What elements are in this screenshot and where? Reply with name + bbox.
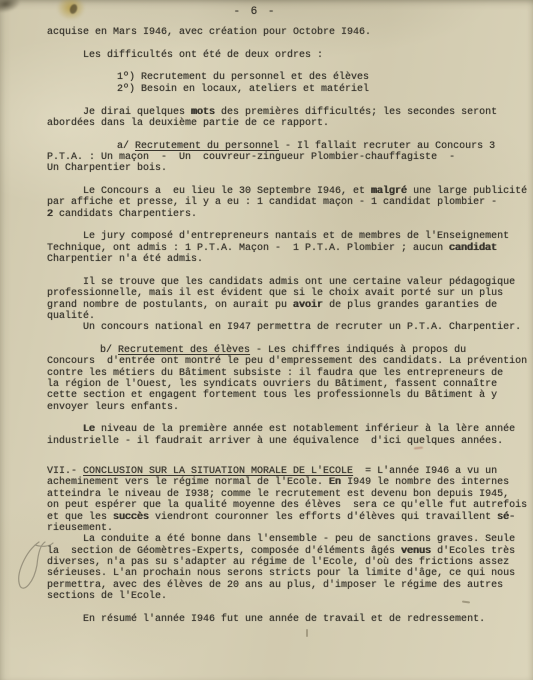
text-line: permettra, avec des élèves de 20 ans au … <box>47 580 529 591</box>
text-segment: candidat <box>449 243 497 254</box>
text-line: 2º) Besoin en locaux, ateliers et matéri… <box>47 84 529 95</box>
text-line: Le Concours a eu lieu le 30 Septembre I9… <box>47 186 529 197</box>
text-segment: la section de Géomètres-Experts, composé… <box>47 546 401 557</box>
text-segment: Le jury composé d'entrepreneurs nantais … <box>83 231 509 242</box>
text-segment: 1º) Recrutement du personnel et des élèv… <box>117 72 369 83</box>
text-segment: sections de l'Ecole. <box>47 591 167 602</box>
text-segment: d'Ecoles très <box>431 546 515 557</box>
text-segment: atteindra le niveau de I938; comme le re… <box>47 489 509 500</box>
text-segment: envoyer leurs enfants. <box>47 402 179 413</box>
text-line: Je dirai quelques mots des premières dif… <box>47 107 529 118</box>
text-segment: professionnelle, mais il est évident que… <box>47 288 503 299</box>
text-segment: b/ <box>100 345 118 356</box>
text-segment: venus <box>401 546 431 557</box>
underlined-text: Recrutement des élèves <box>118 345 250 356</box>
text-segment: on peut espérer que la qualité moyenne d… <box>47 500 527 511</box>
document-page: - 6 - acquise en Mars I946, avec créatio… <box>0 0 533 680</box>
text-segment: Concours d'entrée ont montré le peu d'em… <box>47 356 527 367</box>
text-segment: succès <box>113 512 149 523</box>
text-line: En résumé l'année I946 fut une année de … <box>47 614 529 625</box>
text-line: qualité. <box>47 311 529 322</box>
text-segment: et que les <box>47 512 113 523</box>
text-segment: diverses, n'a pas su s'adapter au régime… <box>47 557 509 568</box>
text-segment: Charpentier n'a été admis. <box>47 254 203 265</box>
underlined-text: CONCLUSION SUR LA SITUATION MORALE DE L'… <box>83 466 353 477</box>
text-line: Le niveau de la première année est notab… <box>47 424 529 435</box>
text-segment: I949 le nombre des internes <box>341 477 509 488</box>
text-segment: candidats Charpentiers. <box>53 209 197 220</box>
text-segment: Je dirai quelques <box>83 107 191 118</box>
text-segment: 2º) Besoin en locaux, ateliers et matéri… <box>117 84 369 95</box>
underlined-text: Recrutement du personnel <box>135 141 279 152</box>
text-segment: cette section et engagent fortement tous… <box>47 390 497 401</box>
document-body: acquise en Mars I946, avec création pour… <box>47 27 529 625</box>
text-line: par affiche et presse, il y a eu : 1 can… <box>47 197 529 208</box>
text-segment: abordées dans la deuxième partie de ce r… <box>47 118 329 129</box>
text-segment: sérieuses. L'an prochain nous serons str… <box>47 568 515 579</box>
text-line: Il se trouve que les candidats admis ont… <box>47 277 529 288</box>
text-segment: contre les métiers du Bâtiment subsiste … <box>47 368 503 379</box>
text-line: 2 candidats Charpentiers. <box>47 209 529 220</box>
text-line: VII.- CONCLUSION SUR LA SITUATION MORALE… <box>47 466 529 477</box>
text-line: P.T.A. : Un maçon - Un couvreur-zingueur… <box>47 152 529 163</box>
text-segment: Il se trouve que les candidats admis ont… <box>83 277 515 288</box>
text-segment: une large publicité <box>407 186 527 197</box>
text-segment: a/ <box>117 141 135 152</box>
page-number: - 6 - <box>0 6 510 18</box>
text-segment: de plus grandes garanties de <box>323 300 497 311</box>
text-segment: avoir <box>293 300 323 311</box>
text-segment: par affiche et presse, il y a eu : 1 can… <box>47 197 497 208</box>
text-line: Les difficultés ont été de deux ordres : <box>47 50 529 61</box>
text-segment: = L'année I946 a vu un <box>353 466 497 477</box>
text-line: Charpentier n'a été admis. <box>47 254 529 265</box>
text-line: sérieuses. L'an prochain nous serons str… <box>47 568 529 579</box>
text-line: sections de l'Ecole. <box>47 591 529 602</box>
text-segment: Le <box>83 424 95 435</box>
text-segment: qualité. <box>47 311 95 322</box>
text-segment: la région de l'Ouest, les syndicats ouvr… <box>47 379 497 390</box>
text-segment: La conduite a été bonne dans l'ensemble … <box>83 534 515 545</box>
text-line: La conduite a été bonne dans l'ensemble … <box>47 534 529 545</box>
text-segment: acquise en Mars I946, avec création pour… <box>47 27 371 38</box>
text-line: grand nombre de postulants, on aurait pu… <box>47 300 529 311</box>
text-line: contre les métiers du Bâtiment subsiste … <box>47 368 529 379</box>
text-line: acquise en Mars I946, avec création pour… <box>47 27 529 38</box>
text-segment: Le Concours a eu lieu le 30 Septembre I9… <box>83 186 371 197</box>
text-line: on peut espérer que la qualité moyenne d… <box>47 500 529 511</box>
text-line: Un Charpentier bois. <box>47 163 529 174</box>
text-line: Le jury composé d'entrepreneurs nantais … <box>47 231 529 242</box>
text-segment: En <box>329 477 341 488</box>
text-segment: - Les chiffres indiqués à propos du <box>250 345 466 356</box>
text-segment: Un concours national en I947 permettra d… <box>83 322 521 333</box>
text-line: b/ Recrutement des élèves - Les chiffres… <box>47 345 529 356</box>
text-segment: malgré <box>371 186 407 197</box>
text-line: Un concours national en I947 permettra d… <box>47 322 529 333</box>
text-segment: mots <box>191 107 215 118</box>
text-line: et que les succès viendront couronner le… <box>47 512 529 523</box>
text-segment: grand nombre de postulants, on aurait pu <box>47 300 293 311</box>
scan-speck <box>306 629 308 637</box>
text-line: 1º) Recrutement du personnel et des élèv… <box>47 72 529 83</box>
text-segment: rieusement. <box>47 523 113 534</box>
text-line: acheminement vers le régime normal de l'… <box>47 477 529 488</box>
text-line: diverses, n'a pas su s'adapter au régime… <box>47 557 529 568</box>
text-line: a/ Recrutement du personnel - Il fallait… <box>47 141 529 152</box>
text-line: professionnelle, mais il est évident que… <box>47 288 529 299</box>
text-segment: niveau de la première année est notablem… <box>95 424 515 435</box>
text-segment: - Il fallait recruter au Concours 3 <box>279 141 495 152</box>
text-segment: Technique, ont admis : 1 P.T.A. Maçon - … <box>47 243 449 254</box>
text-segment: acheminement vers le régime normal de l'… <box>47 477 329 488</box>
text-line: envoyer leurs enfants. <box>47 402 529 413</box>
text-line: la région de l'Ouest, les syndicats ouvr… <box>47 379 529 390</box>
text-line: abordées dans la deuxième partie de ce r… <box>47 118 529 129</box>
text-segment: Les difficultés ont été de deux ordres : <box>83 50 323 61</box>
text-line: Technique, ont admis : 1 P.T.A. Maçon - … <box>47 243 529 254</box>
text-segment: En résumé l'année I946 fut une année de … <box>83 614 485 625</box>
text-line: cette section et engagent fortement tous… <box>47 390 529 401</box>
text-segment: P.T.A. : Un maçon - Un couvreur-zingueur… <box>47 152 455 163</box>
text-segment: sé- <box>497 512 515 523</box>
text-line: rieusement. <box>47 523 529 534</box>
text-segment: viendront couronner les efforts d'élèves… <box>149 512 497 523</box>
text-segment: des premières difficultés; les secondes … <box>215 107 497 118</box>
text-line: la section de Géomètres-Experts, composé… <box>47 546 529 557</box>
text-segment: Un Charpentier bois. <box>47 163 167 174</box>
text-line: Concours d'entrée ont montré le peu d'em… <box>47 356 529 367</box>
text-segment: VII.- <box>47 466 83 477</box>
text-line: industrielle - il faudrait arriver à une… <box>47 436 529 447</box>
text-line: atteindra le niveau de I938; comme le re… <box>47 489 529 500</box>
text-segment: industrielle - il faudrait arriver à une… <box>47 436 503 447</box>
pencil-mark <box>8 536 58 598</box>
text-segment: permettra, avec des élèves de 20 ans au … <box>47 580 503 591</box>
